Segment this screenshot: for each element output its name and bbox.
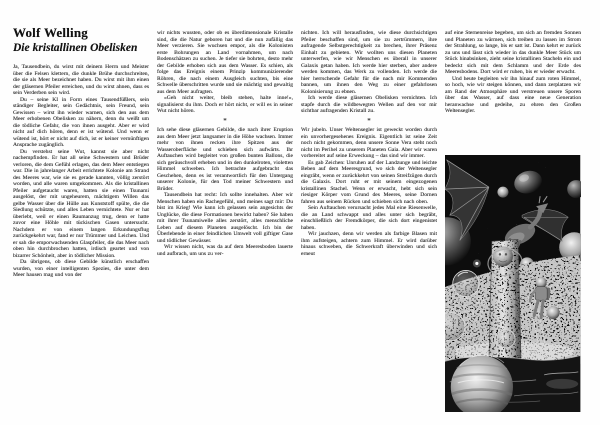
- paragraph: Es gab Zeichen: Unruhen auf der Landzung…: [301, 160, 437, 206]
- paragraph: Du – seine KI in Form eines Tausendfüßle…: [13, 97, 149, 149]
- story-illustration: [445, 155, 581, 412]
- paragraph: Du verstehst seine Wut, kannst sie aber …: [13, 149, 149, 260]
- paragraph: «Geh nicht weiter, bleib stehen, halte i…: [157, 95, 293, 115]
- section-break-asterisk: *: [157, 118, 293, 125]
- paragraph: Tausendbein hat recht: Ich sollte inneha…: [157, 192, 293, 244]
- paragraph: Wir wissen nicht, was da auf dem Meeresb…: [157, 244, 293, 257]
- paragraph: auf eine Sternenreise begeben, um sich a…: [445, 30, 581, 76]
- obelisk: [486, 239, 524, 359]
- paragraph: Wir jubeln. Unser Weltensegler ist gewec…: [301, 127, 437, 160]
- author-name: Wolf Welling: [13, 26, 149, 40]
- paragraph: Ich werde diese gläsernen Obelisken vern…: [301, 95, 437, 115]
- text-column-2: wir nichts wussten, oder ob es überdimen…: [157, 30, 293, 413]
- paragraph: Da übrigens, ob diese Gebilde künstlich …: [13, 259, 149, 279]
- story-title: Die kristallinen Obelisken: [13, 42, 149, 55]
- column-4-text: auf eine Sternenreise begeben, um sich a…: [445, 30, 581, 152]
- scanned-book-page: Wolf Welling Die kristallinen Obelisken …: [0, 0, 600, 425]
- paragraph: Sein Auftauchen verursacht jedes Mal ein…: [301, 205, 437, 231]
- text-column-3: nichten. Ich will herausfinden, wie dies…: [301, 30, 437, 413]
- paragraph: Ja, Tausendbein, du wirst mit deinem Her…: [13, 64, 149, 97]
- paragraph: nichten. Ich will herausfinden, wie dies…: [301, 30, 437, 95]
- text-column-4: auf eine Sternenreise begeben, um sich a…: [445, 30, 581, 413]
- paragraph: Und heute begleiten wir ihn hinauf zum r…: [445, 76, 581, 115]
- paragraph: Ich sehe diese gläsernen Gebilde, die na…: [157, 127, 293, 192]
- paragraph: wir nichts wussten, oder ob es überdimen…: [157, 30, 293, 95]
- paragraph: Wir jauchzen, denn wir werden als farbig…: [301, 231, 437, 257]
- section-break-asterisk: *: [301, 118, 437, 125]
- text-column-1: Wolf Welling Die kristallinen Obelisken …: [13, 26, 149, 412]
